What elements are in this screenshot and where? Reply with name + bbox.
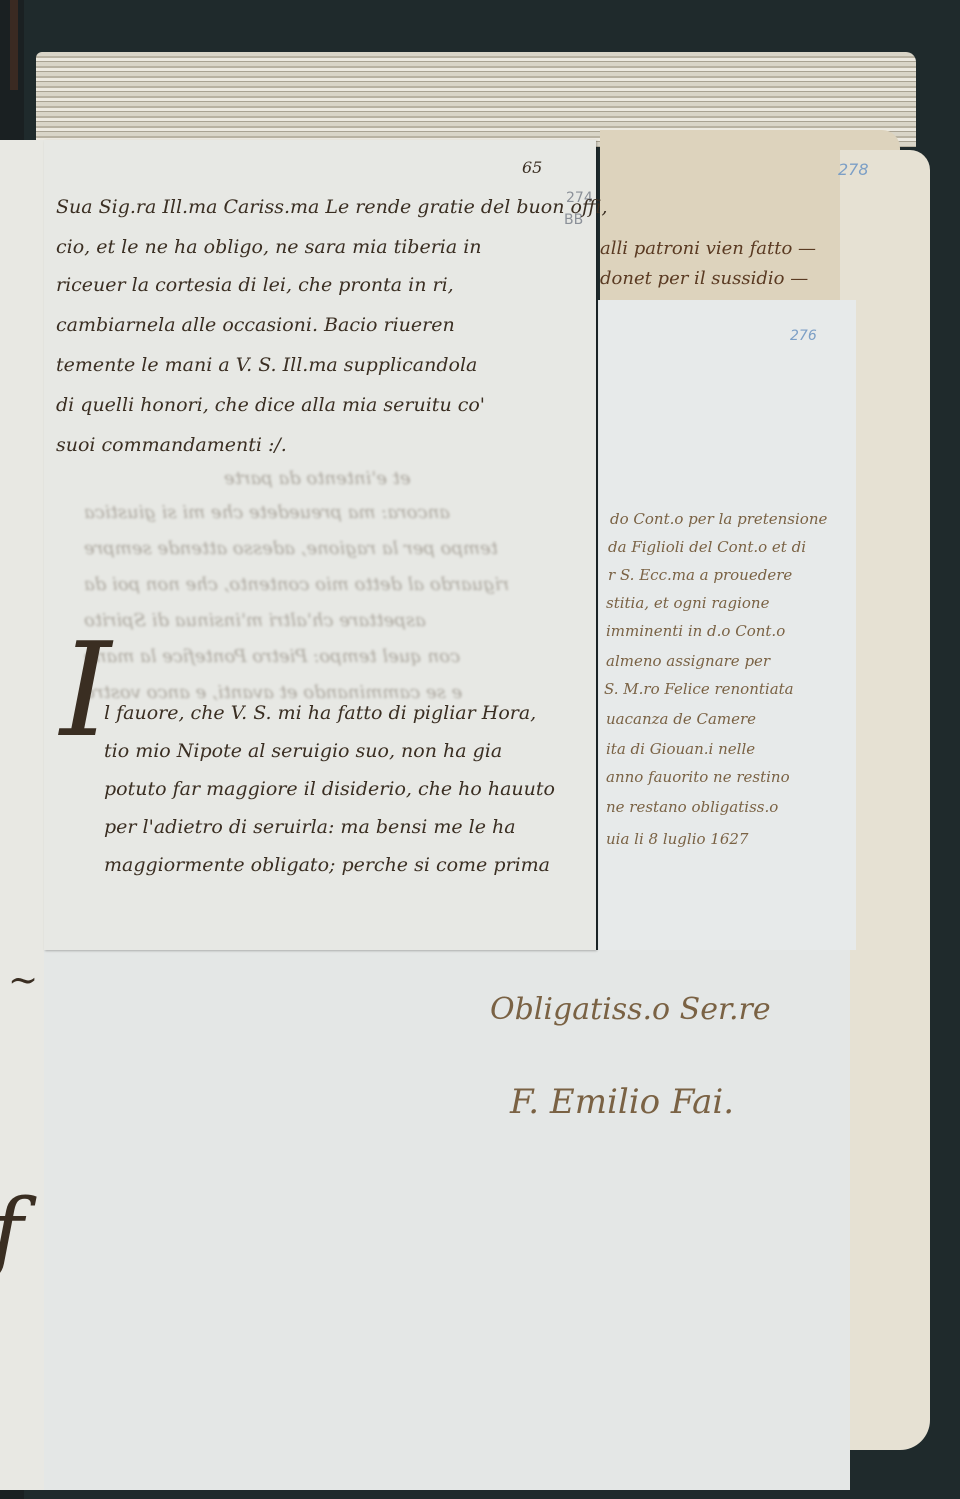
note-line: stitia, et ogni ragione bbox=[606, 594, 769, 612]
note-line: uia li 8 luglio 1627 bbox=[606, 830, 748, 848]
bleed-through-line: et e'intento da parte bbox=[224, 468, 411, 489]
bleed-through-line: e se camminando et avanti, e anco vostro bbox=[84, 682, 462, 703]
letter-line: suoi commandamenti :/. bbox=[56, 436, 287, 455]
archive-number: 278 bbox=[838, 160, 869, 179]
note-line: da Figlioli del Cont.o et di bbox=[608, 538, 806, 556]
note-line: do Cont.o per la pretensione bbox=[610, 510, 827, 528]
letter-line: cambiarnela alle occasioni. Bacio riuere… bbox=[56, 316, 455, 335]
note-line: r S. Ecc.ma a prouedere bbox=[608, 566, 792, 584]
valediction: Obligatiss.o Ser.re bbox=[490, 992, 771, 1027]
letter-line: per l'adietro di seruirla: ma bensi me l… bbox=[104, 818, 516, 837]
bleed-through-line: tempo per la ragione, adesso attende sem… bbox=[84, 538, 498, 559]
letter-line: potuto far maggiore il disiderio, che ho… bbox=[104, 780, 555, 799]
bleed-through-line: ancora: ma preuedete che mi si giustica bbox=[84, 502, 450, 523]
note-line: anno fauorito ne restino bbox=[606, 768, 790, 786]
top-right-fragment: 278 alli patroni vien fatto — donet per … bbox=[600, 140, 890, 300]
bleed-through-line: con quel tempo: Pietro Pontefice la mano bbox=[84, 646, 460, 667]
binding-strip bbox=[10, 0, 18, 90]
note-line: S. M.ro Felice renontiata bbox=[604, 680, 794, 698]
right-note-sheet: 276 do Cont.o per la pretensione da Figl… bbox=[598, 300, 856, 950]
left-facing-page: ~ ƒ bbox=[0, 140, 44, 1490]
note-line: ita di Giouan.i nelle bbox=[606, 740, 755, 758]
note-line: ne restano obligatiss.o bbox=[606, 798, 778, 816]
letter-line: tio mio Nipote al seruigio suo, non ha g… bbox=[104, 742, 502, 761]
note-line: imminenti in d.o Cont.o bbox=[606, 622, 785, 640]
fragment-line: alli patroni vien fatto — bbox=[600, 238, 816, 259]
note-line: almeno assignare per bbox=[606, 652, 770, 670]
signature: F. Emilio Fai. bbox=[510, 1082, 734, 1122]
letter-line: temente le mani a V. S. Ill.ma supplican… bbox=[56, 356, 477, 375]
archive-number: 276 bbox=[790, 328, 817, 344]
letter-line: cio, et le ne ha obligo, ne sara mia tib… bbox=[56, 238, 482, 257]
letter-line: l fauore, che V. S. mi ha fatto di pigli… bbox=[104, 704, 536, 723]
letter-line: Sua Sig.ra Ill.ma Cariss.ma Le rende gra… bbox=[56, 198, 608, 217]
main-letter-page: 65 274 BB Sua Sig.ra Ill.ma Cariss.ma Le… bbox=[44, 140, 596, 950]
letter-line: maggiormente obligato; perche si come pr… bbox=[104, 856, 550, 875]
letter-line: riceuer la cortesia di lei, che pronta i… bbox=[56, 276, 454, 295]
folio-number: 65 bbox=[522, 158, 542, 177]
left-margin-fragment: ~ bbox=[8, 960, 38, 1001]
bleed-through-line: riguardo al detto mio contento, che non … bbox=[84, 574, 509, 595]
signature-page: Obligatiss.o Ser.re F. Emilio Fai. bbox=[44, 950, 850, 1490]
fragment-line: donet per il sussidio — bbox=[600, 268, 808, 289]
note-line: uacanza de Camere bbox=[606, 710, 756, 728]
left-margin-flourish: ƒ bbox=[0, 1180, 23, 1285]
bleed-through-line: aspettare ch'altri m'insinua di Spirito bbox=[84, 610, 426, 631]
decorated-initial: I bbox=[60, 625, 111, 755]
letter-line: di quelli honori, che dice alla mia seru… bbox=[56, 396, 485, 415]
